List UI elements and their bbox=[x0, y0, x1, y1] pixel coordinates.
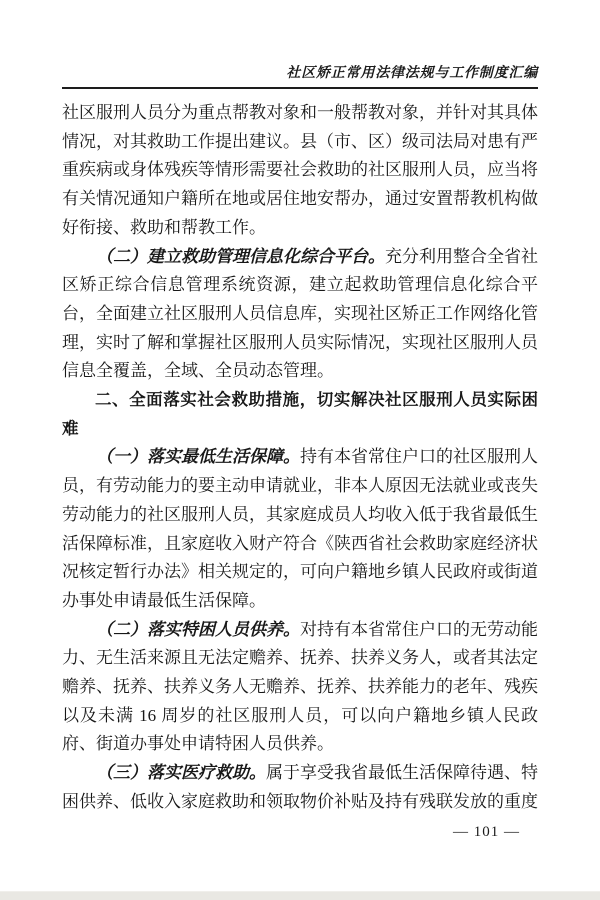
document-page: 社区矫正常用法律法规与工作制度汇编 社区服刑人员分为重点帮教对象和一般帮教对象，… bbox=[0, 0, 600, 900]
document-body: 社区服刑人员分为重点帮教对象和一般帮教对象，并针对其具体情况，对其救助工作提出建… bbox=[62, 99, 538, 817]
body-paragraph: （二）落实特困人员供养。对持有本省常住户口的无劳动能力、无生活来源且无法定赡养、… bbox=[62, 616, 538, 760]
header-rule bbox=[62, 87, 538, 89]
section-heading: 二、全面落实社会救助措施，切实解决社区服刑人员实际困难 bbox=[62, 386, 538, 443]
body-paragraph: 社区服刑人员分为重点帮教对象和一般帮教对象，并针对其具体情况，对其救助工作提出建… bbox=[62, 99, 538, 243]
page-number: — 101 — bbox=[453, 824, 520, 841]
body-paragraph: （一）落实最低生活保障。持有本省常住户口的社区服刑人员，有劳动能力的要主动申请就… bbox=[62, 443, 538, 615]
running-head: 社区矫正常用法律法规与工作制度汇编 bbox=[286, 62, 538, 82]
paragraph-lead: （二）落实特困人员供养。 bbox=[96, 620, 300, 639]
paragraph-lead: （二）建立救助管理信息化综合平台。 bbox=[96, 247, 385, 266]
body-paragraph: （二）建立救助管理信息化综合平台。充分利用整合全省社区矫正综合信息管理系统资源，… bbox=[62, 243, 538, 387]
paragraph-lead: （一）落实最低生活保障。 bbox=[96, 447, 300, 466]
scan-edge bbox=[0, 891, 600, 900]
body-paragraph: （三）落实医疗救助。属于享受我省最低生活保障待遇、特困供养、低收入家庭救助和领取… bbox=[62, 759, 538, 816]
paragraph-lead: （三）落实医疗救助。 bbox=[96, 763, 266, 782]
